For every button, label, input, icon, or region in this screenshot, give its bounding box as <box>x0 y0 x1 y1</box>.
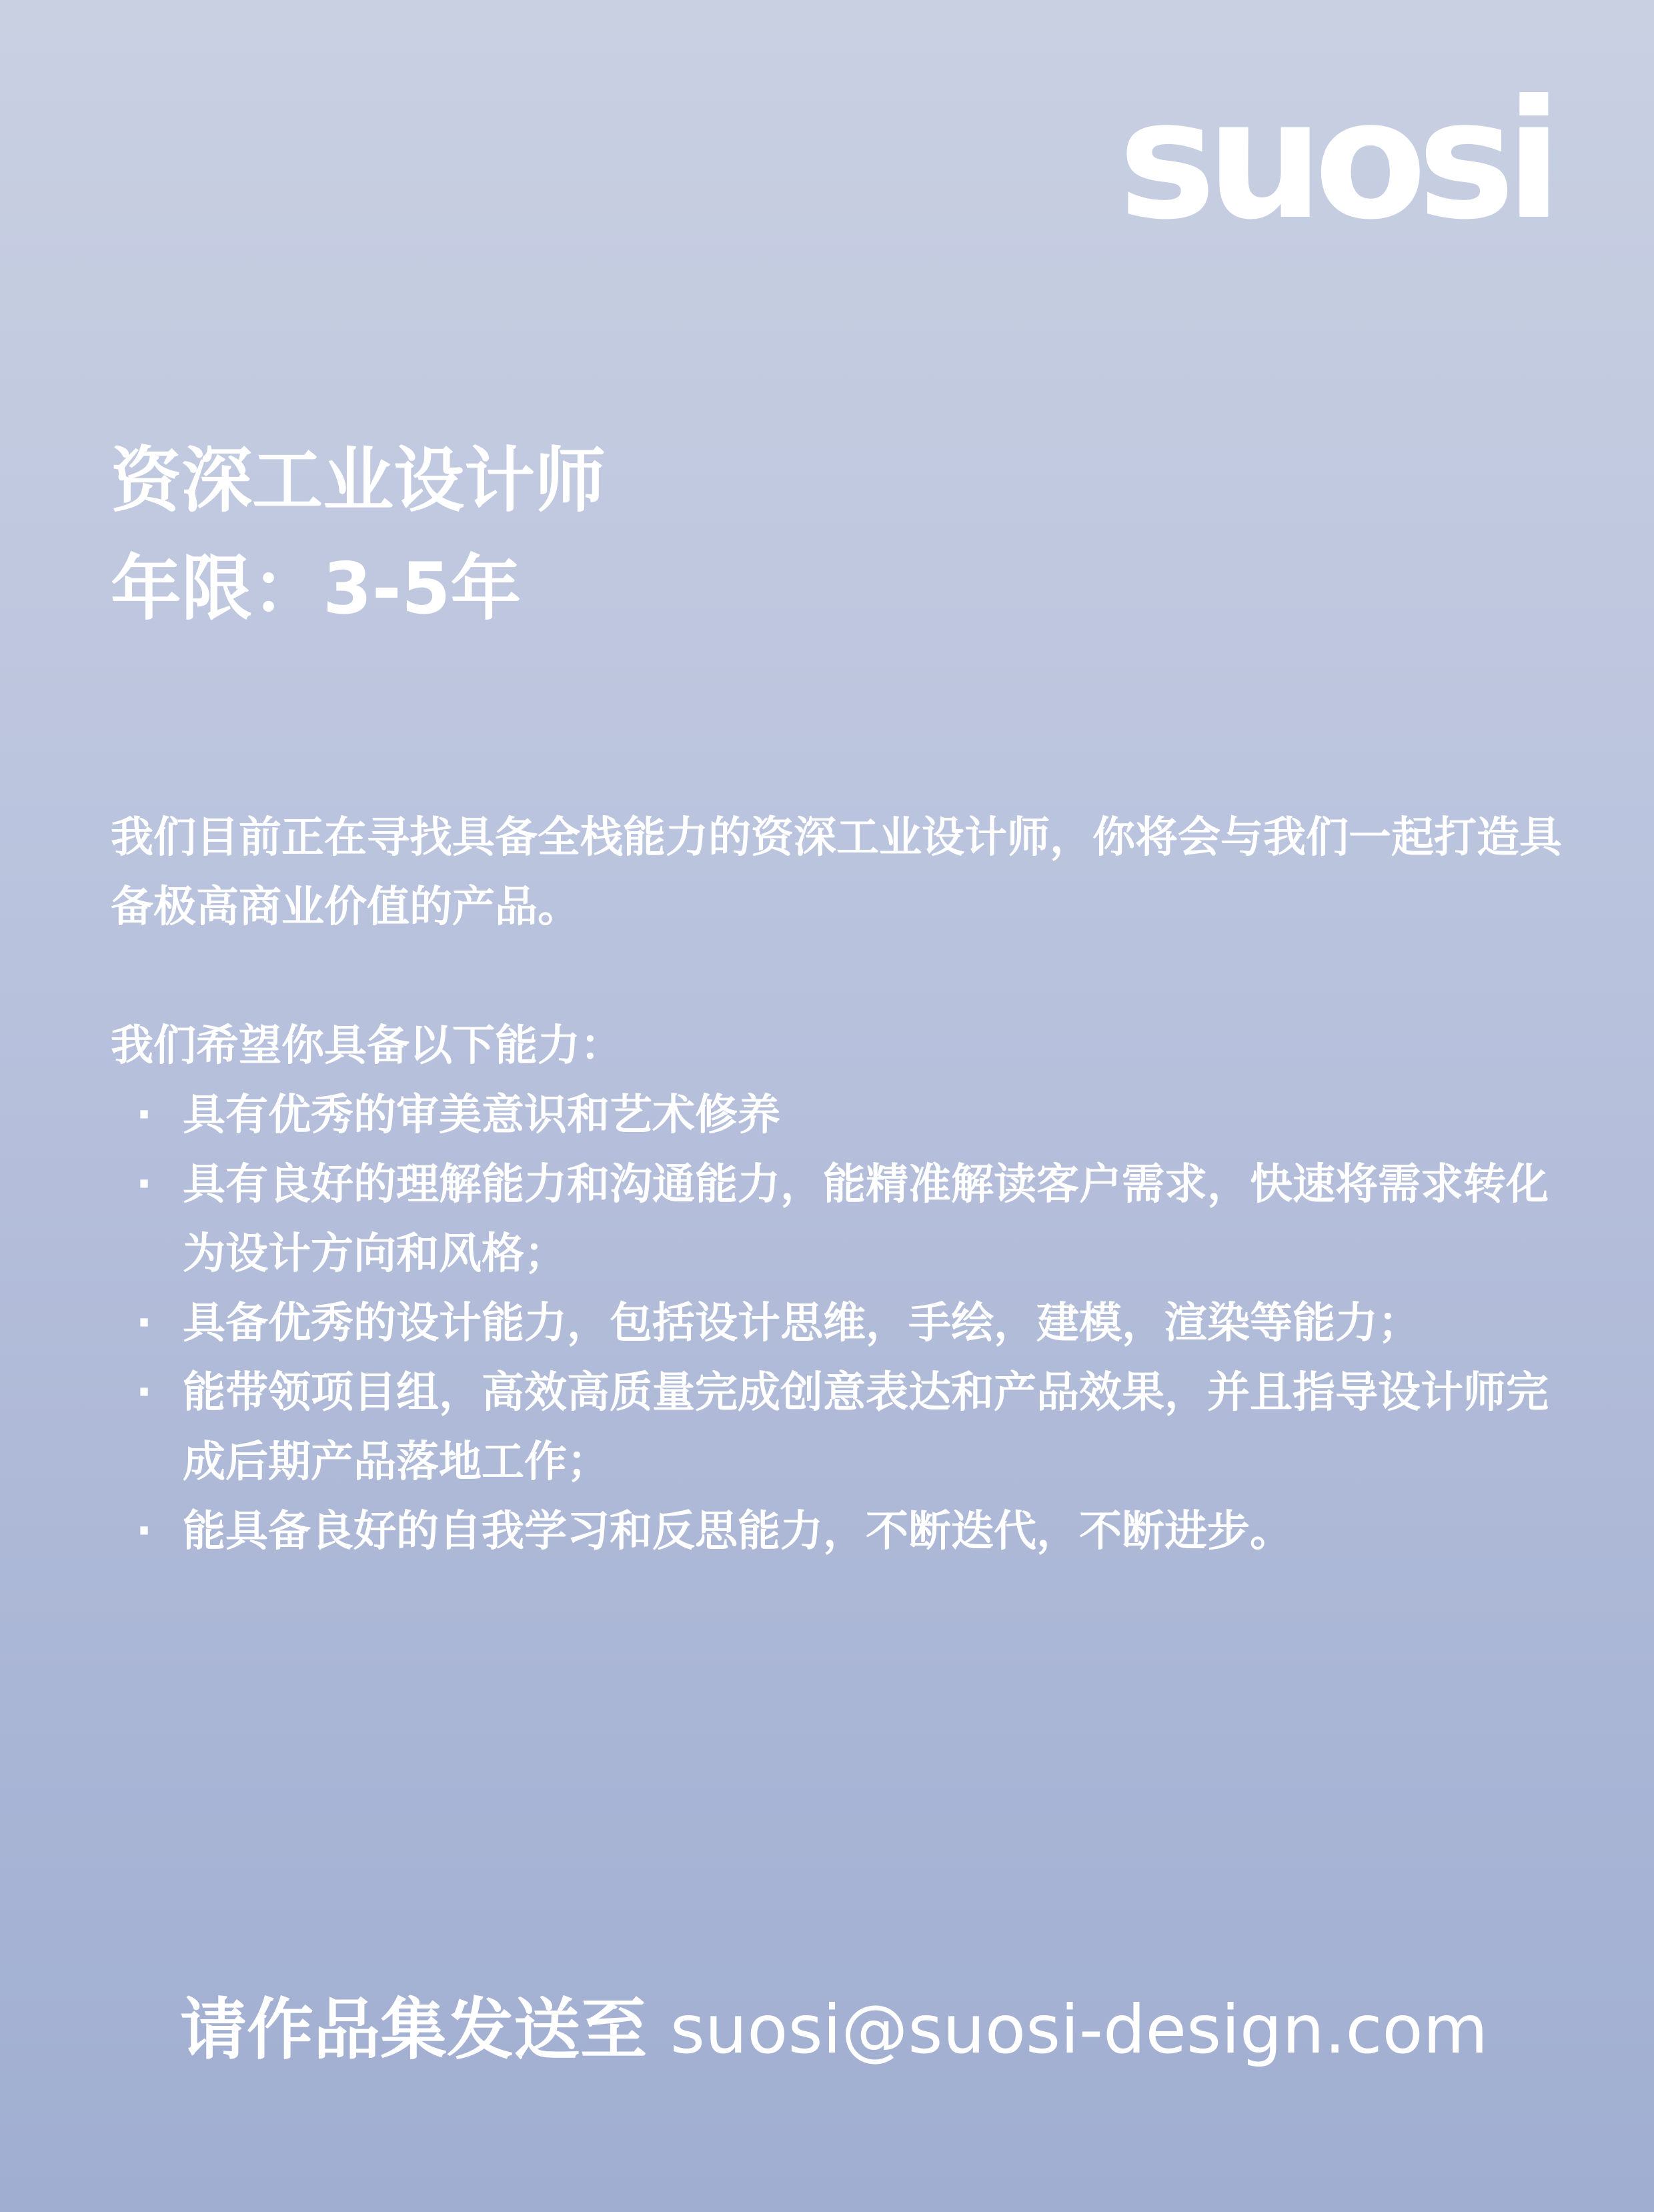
experience-years: 年限：3-5年 <box>111 535 606 643</box>
requirement-text: 具有良好的理解能力和沟通能力，能精准解读客户需求，快速将需求转化为设计方向和风格… <box>183 1160 1549 1279</box>
bullet-icon: · <box>131 1150 157 1219</box>
requirements-list: · 具有优秀的审美意识和艺术修养 · 具有良好的理解能力和沟通能力，能精准解读客… <box>111 1081 1578 1566</box>
bullet-icon: · <box>131 1289 157 1358</box>
job-title: 资深工业设计师 <box>111 427 606 535</box>
requirement-item: · 能带领项目组，高效高质量完成创意表达和产品效果，并且指导设计师完成后期产品落… <box>111 1358 1578 1497</box>
requirement-text: 具备优秀的设计能力，包括设计思维，手绘，建模，渲染等能力； <box>183 1299 1421 1348</box>
contact-label: 请作品集发送至 <box>180 1991 647 2069</box>
requirement-item: · 具备优秀的设计能力，包括设计思维，手绘，建模，渲染等能力； <box>111 1289 1578 1358</box>
bullet-icon: · <box>131 1497 157 1566</box>
requirement-text: 能具备良好的自我学习和反思能力，不断迭代，不断进步。 <box>183 1507 1293 1556</box>
contact-line: 请作品集发送至 suosi@suosi-design.com <box>180 1987 1488 2073</box>
requirement-item: · 具有优秀的审美意识和艺术修养 <box>111 1081 1578 1150</box>
intro-paragraph: 我们目前正在寻找具备全栈能力的资深工业设计师，你将会与我们一起打造具备极高商业价… <box>111 803 1565 942</box>
bullet-icon: · <box>131 1081 157 1150</box>
requirement-item: · 能具备良好的自我学习和反思能力，不断迭代，不断进步。 <box>111 1497 1578 1566</box>
brand-logo: suosi <box>1118 79 1553 243</box>
job-header: 资深工业设计师 年限：3-5年 <box>111 427 606 643</box>
requirement-text: 能带领项目组，高效高质量完成创意表达和产品效果，并且指导设计师完成后期产品落地工… <box>183 1368 1549 1487</box>
bullet-icon: · <box>131 1358 157 1428</box>
requirements-heading: 我们希望你具备以下能力： <box>111 1011 623 1081</box>
requirement-item: · 具有良好的理解能力和沟通能力，能精准解读客户需求，快速将需求转化为设计方向和… <box>111 1150 1578 1289</box>
contact-email-link[interactable]: suosi@suosi-design.com <box>670 1991 1488 2069</box>
requirement-text: 具有优秀的审美意识和艺术修养 <box>183 1091 780 1140</box>
